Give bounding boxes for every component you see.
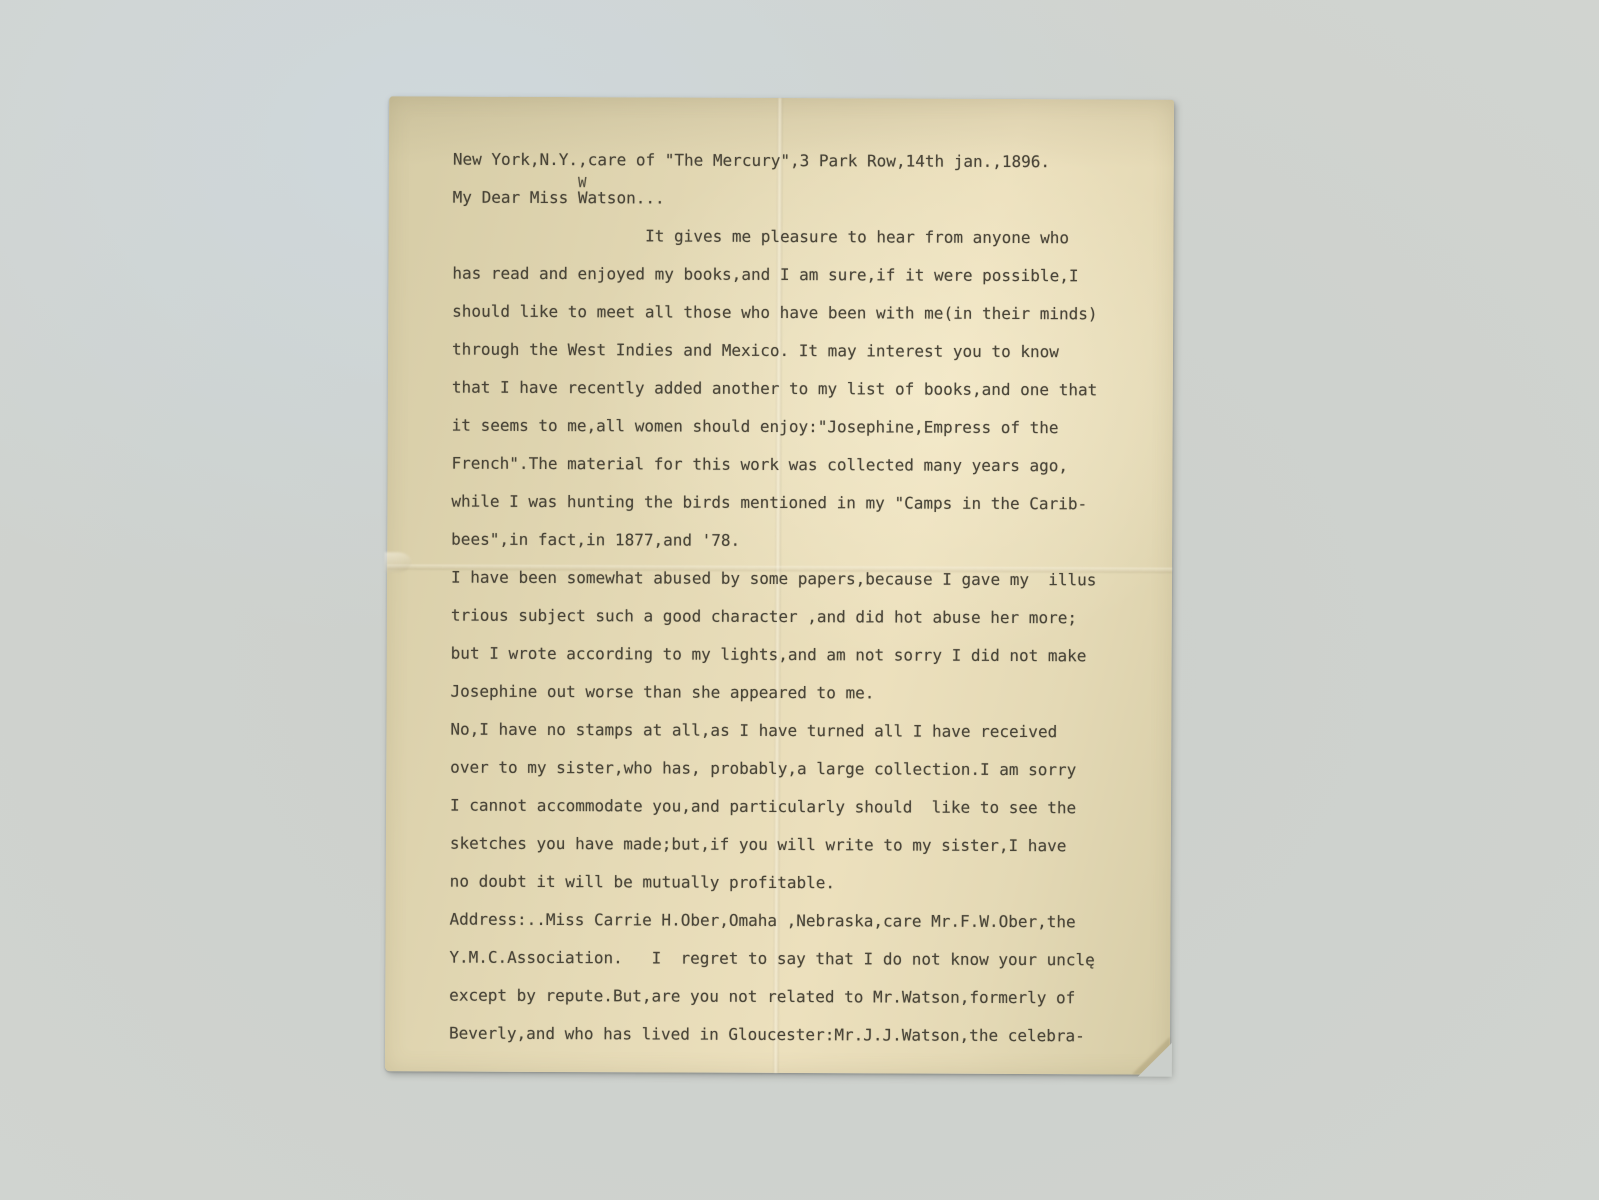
salutation-prefix: My Dear Miss <box>453 188 578 208</box>
letter-line: Josephine out worse than she appeared to… <box>450 673 1140 714</box>
letter-line: has read and enjoyed my books,and I am s… <box>452 255 1142 296</box>
letter-line: Y.M.C.Association. I regret to say that … <box>449 939 1139 980</box>
photo-background: New York,N.Y.,care of "The Mercury",3 Pa… <box>0 0 1599 1200</box>
salutation-suffix: atson... <box>588 188 665 207</box>
corner-fold <box>1138 1043 1172 1077</box>
letter-line: should like to meet all those who have b… <box>452 293 1142 334</box>
letter-line: It gives me pleasure to hear from anyone… <box>452 217 1142 258</box>
letter-line: Beverly,and who has lived in Gloucester:… <box>449 1015 1139 1056</box>
letter-line: over to my sister,who has, probably,a la… <box>450 749 1140 790</box>
letter-line: sketches you have made;but,if you will w… <box>450 825 1140 866</box>
letter-heading: New York,N.Y.,care of "The Mercury",3 Pa… <box>453 141 1143 182</box>
letter-line: no doubt it will be mutually profitable. <box>450 863 1140 904</box>
letter-line: I have been somewhat abused by some pape… <box>451 559 1141 600</box>
letter-line: trious subject such a good character ,an… <box>451 597 1141 638</box>
letter-line: while I was hunting the birds mentioned … <box>451 483 1141 524</box>
letter-line: but I wrote according to my lights,and a… <box>451 635 1141 676</box>
letter-text-block: New York,N.Y.,care of "The Mercury",3 Pa… <box>449 141 1143 1056</box>
letter-line: Address:..Miss Carrie H.Ober,Omaha ,Nebr… <box>449 901 1139 942</box>
salutation-overstrike: WW <box>578 179 588 217</box>
letter-paper: New York,N.Y.,care of "The Mercury",3 Pa… <box>385 96 1174 1074</box>
letter-line: it seems to me,all women should enjoy:"J… <box>452 407 1142 448</box>
letter-line: except by repute.But,are you not related… <box>449 977 1139 1018</box>
letter-salutation: My Dear Miss WWatson... <box>453 179 1143 220</box>
overstrike-above-char: W <box>578 164 587 202</box>
letter-line: French".The material for this work was c… <box>451 445 1141 486</box>
letter-line: I cannot accommodate you,and particularl… <box>450 787 1140 828</box>
letter-line: that I have recently added another to my… <box>452 369 1142 410</box>
letter-line: through the West Indies and Mexico. It m… <box>452 331 1142 372</box>
letter-line: No,I have no stamps at all,as I have tur… <box>450 711 1140 752</box>
letter-line: bees",in fact,in 1877,and '78. <box>451 521 1141 562</box>
